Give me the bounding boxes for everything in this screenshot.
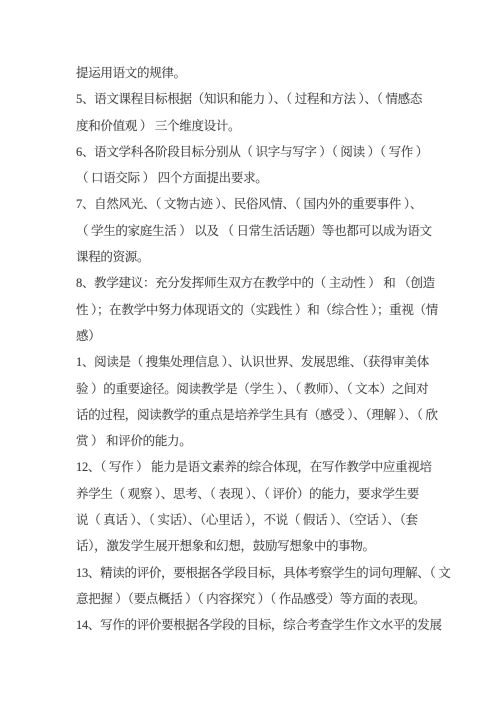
text-line: 5、语文课程目标根据（知识和能力 ）、（ 过程和方法 ）、（ 情感态 <box>76 86 436 112</box>
text-line: 话的过程，阅读教学的重点是培养学生具有（感受 ）、（理解 ）、（ 欣 <box>76 402 436 428</box>
document-text-block: 提运用语文的规律。 5、语文课程目标根据（知识和能力 ）、（ 过程和方法 ）、（… <box>76 60 436 639</box>
text-line: 说（ 真话 ）、（ 实话）、（心里话 ），不说（ 假话 ）、（空话 ）、（套 <box>76 507 436 533</box>
text-line: 提运用语文的规律。 <box>76 60 436 86</box>
text-line: （ 学生的家庭生活 ） 以及 （ 日常生活话题）等也都可以成为语文 <box>76 218 436 244</box>
text-line: 8、教学建议：充分发挥师生双方在教学中的（ 主动性 ） 和 （创造 <box>76 270 436 296</box>
text-line: 验 ）的重要途径。阅读教学是（学生 ）、（ 教师）、（ 文本）之间对 <box>76 376 436 402</box>
text-line: 13、精读的评价，要根据各学段目标，具体考察学生的词句理解、（ 文 <box>76 560 436 586</box>
text-line: 意把握 ）（要点概括 ）（ 内容探究 ）（ 作品感受）等方面的表现。 <box>76 586 436 612</box>
text-line: 课程的资源。 <box>76 244 436 270</box>
text-line: 6、语文学科各阶段目标分别从（ 识字与写字 ）（ 阅读 ）（ 写作 ） <box>76 139 436 165</box>
text-line: 1、阅读是（ 搜集处理信息 ）、认识世界、发展思维、（获得审美体 <box>76 349 436 375</box>
text-line: 话），激发学生展开想象和幻想，鼓励写想象中的事物。 <box>76 533 436 559</box>
text-line: （ 口语交际 ） 四个方面提出要求。 <box>76 165 436 191</box>
text-line: 赏 ） 和评价的能力。 <box>76 428 436 454</box>
text-line: 度和价值观 ） 三个维度设计。 <box>76 113 436 139</box>
text-line: 性 ）；在教学中努力体现语文的（实践性 ）和（综合性 ）；重视（情 <box>76 297 436 323</box>
text-line: 12、（ 写作 ） 能力是语文素养的综合体现，在写作教学中应重视培 <box>76 454 436 480</box>
text-line: 7、自然风光、（ 文物古迹 ）、民俗风情、（ 国内外的重要事件 ）、 <box>76 191 436 217</box>
text-line: 14、写作的评价要根据各学段的目标，综合考查学生作文水平的发展 <box>76 612 436 638</box>
text-line: 养学生（ 观察 ）、思考、（ 表现 ）、（ 评价）的能力，要求学生要 <box>76 481 436 507</box>
text-line: 感） <box>76 323 436 349</box>
document-page: 提运用语文的规律。 5、语文课程目标根据（知识和能力 ）、（ 过程和方法 ）、（… <box>0 0 500 707</box>
